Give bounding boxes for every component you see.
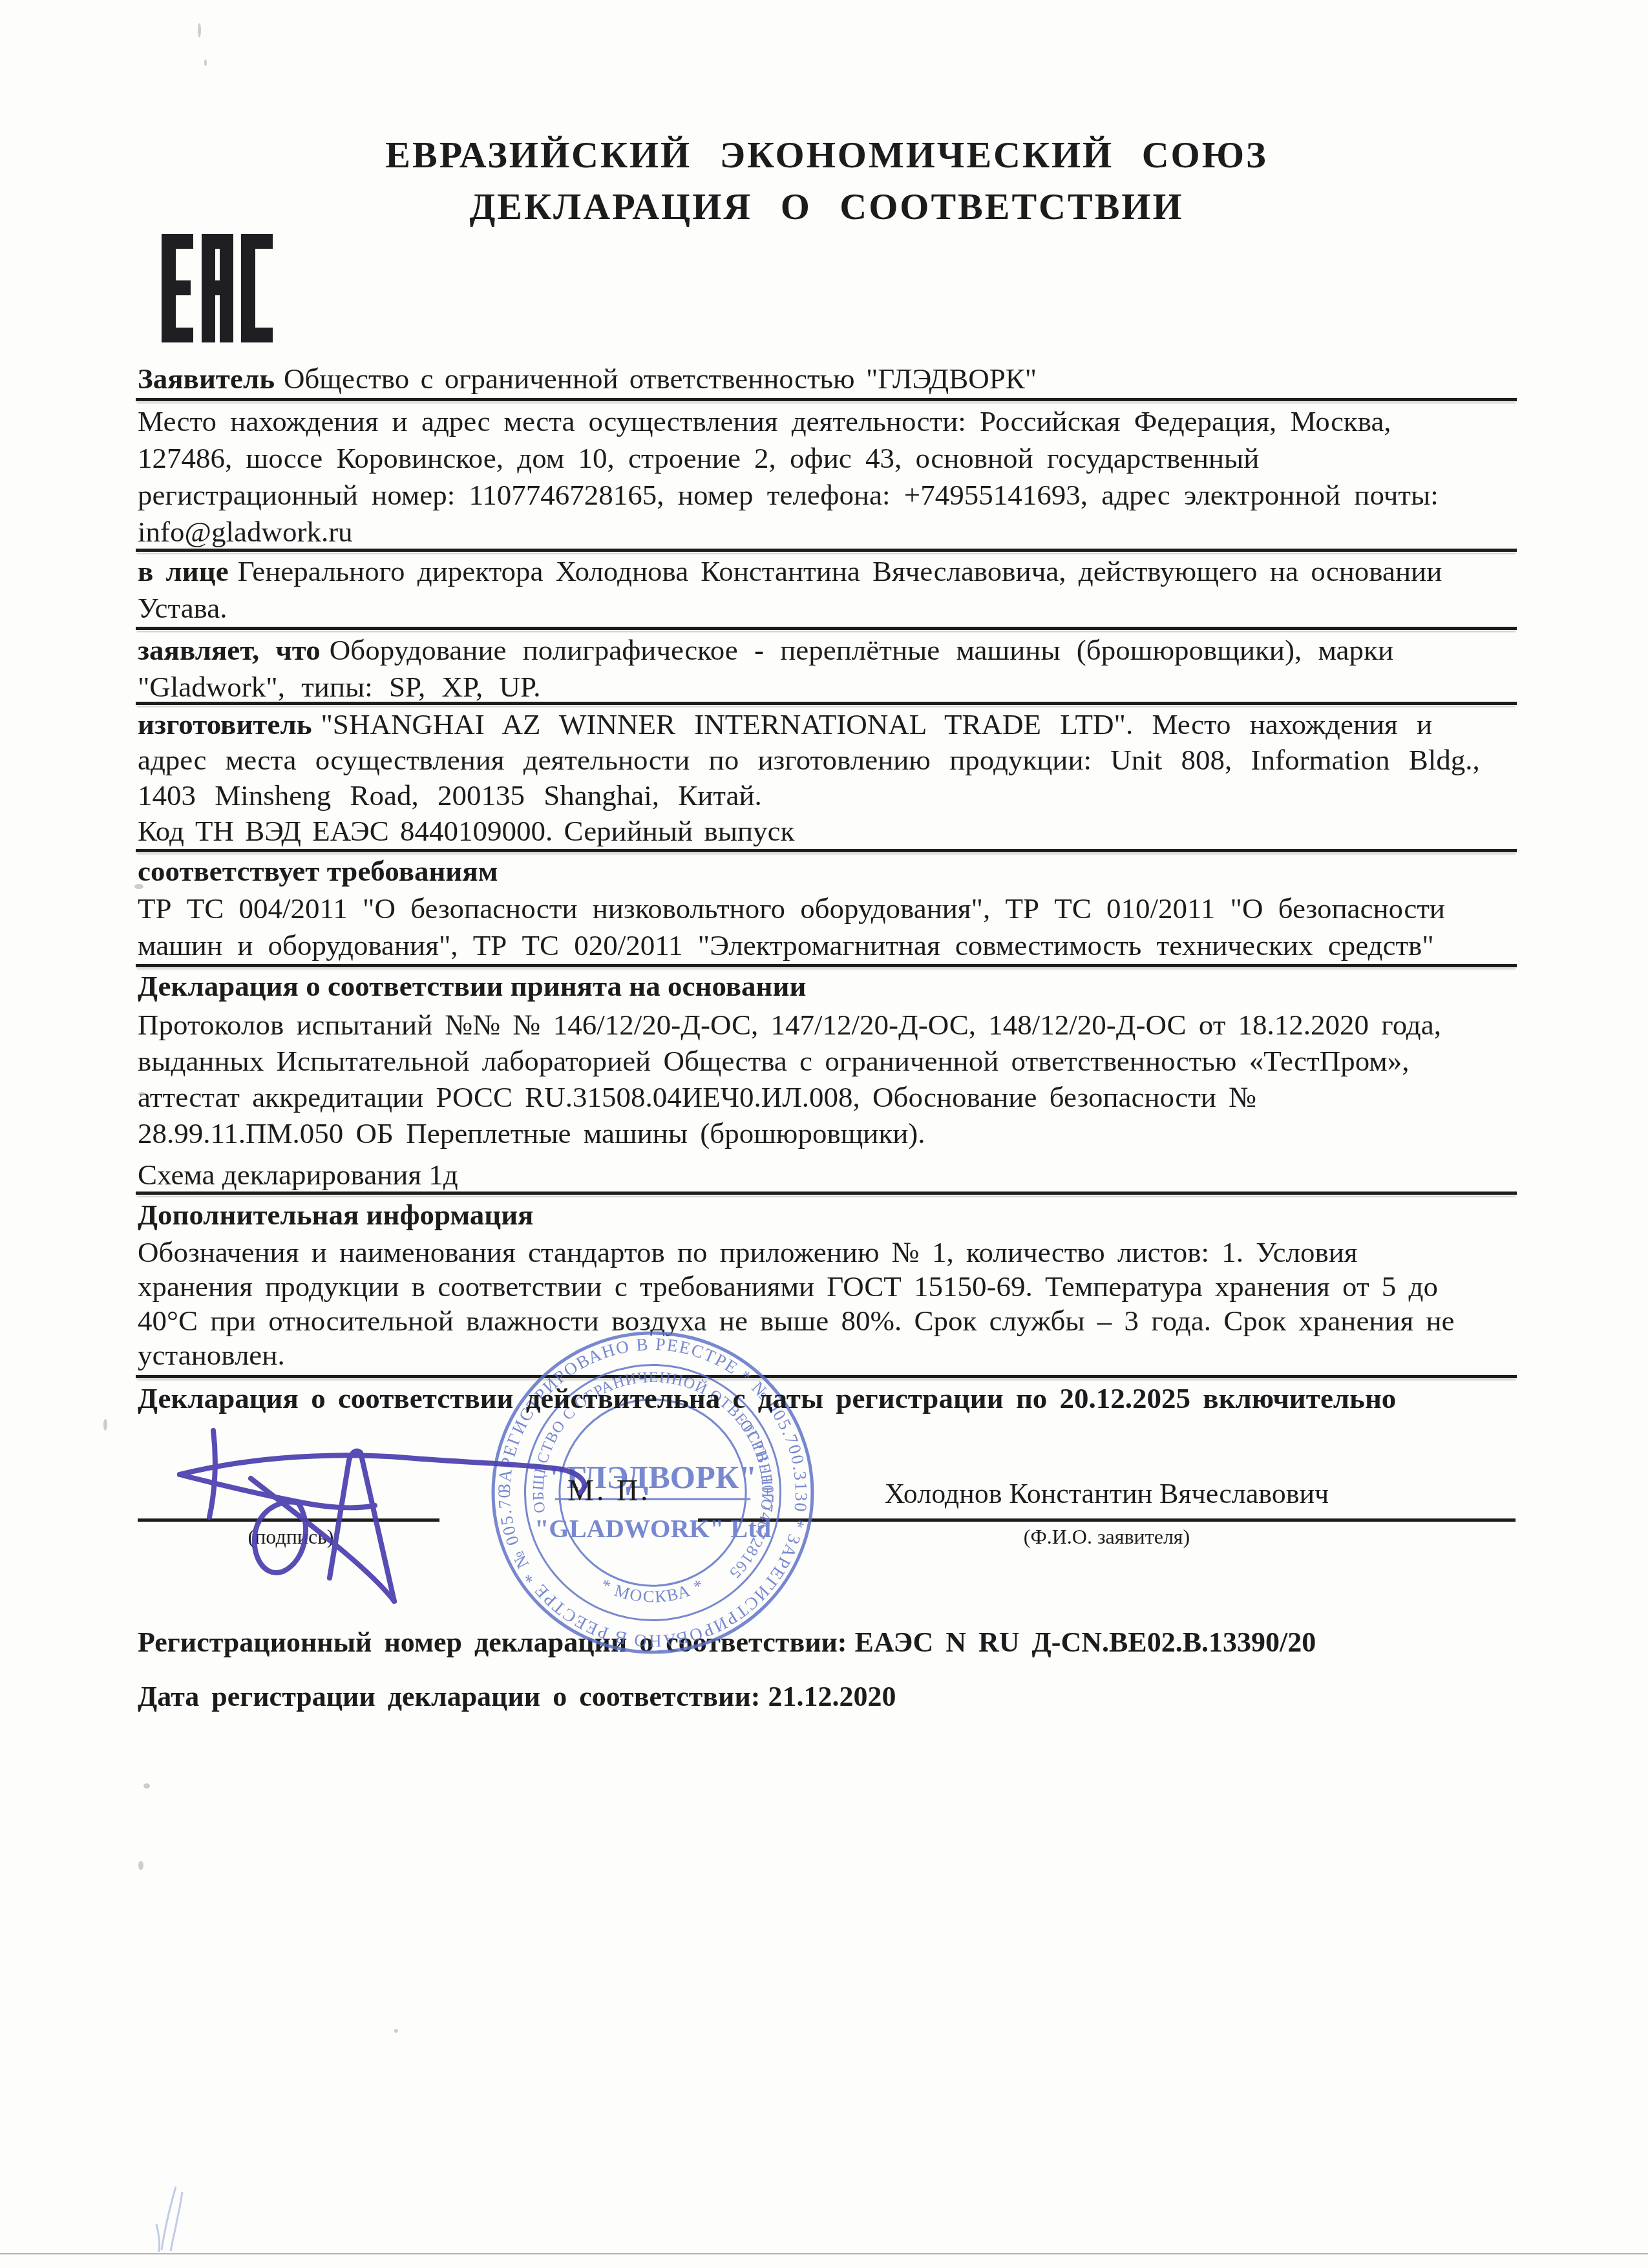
basis-line: Протоколов испытаний №№ № 146/12/20-Д-ОС…: [138, 1007, 1516, 1043]
section-divider: [136, 1375, 1517, 1378]
basis-line: выданных Испытательной лабораторией Обще…: [138, 1043, 1516, 1079]
basis-line: 28.99.11.ПМ.050 ОБ Переплетные машины (б…: [138, 1115, 1516, 1151]
basis-line: аттестат аккредитации РОСС RU.31508.04ИЕ…: [138, 1079, 1516, 1115]
manufacturer-line: "SHANGHAI AZ WINNER INTERNATIONAL TRADE …: [321, 708, 1432, 740]
location-block: Место нахождения и адрес места осуществл…: [138, 403, 1516, 551]
location-line: Место нахождения и адрес места осуществл…: [138, 403, 1516, 440]
additional-info-line: установлен.: [138, 1338, 1516, 1372]
scan-speck: [103, 1419, 107, 1431]
declares-line: "Gladwork", типы: SP, XP, UP.: [138, 669, 1516, 706]
manufacturer-label: изготовитель: [138, 708, 312, 740]
compliance-line: машин и оборудования", ТР ТС 020/2011 "Э…: [138, 927, 1516, 964]
scan-speck: [143, 1783, 150, 1789]
representative-block: в лицеГенерального директора Холоднова К…: [138, 553, 1516, 627]
compliance-line: ТР ТС 004/2011 "О безопасности низковоль…: [138, 890, 1516, 927]
location-line: 127486, шоссе Коровинское, дом 10, строе…: [138, 440, 1516, 477]
representative-line: Генерального директора Холоднова Констан…: [238, 555, 1442, 587]
ink-smudge: [137, 2185, 208, 2254]
declaration-subject-block: заявляет, чтоОборудование полиграфическо…: [138, 632, 1516, 706]
section-divider: [136, 849, 1517, 852]
tn-ved-line: Код ТН ВЭД ЕАЭС 8440109000. Серийный вып…: [138, 814, 1516, 849]
scan-speck: [204, 59, 207, 66]
additional-info-line: Обозначения и наименования стандартов по…: [138, 1235, 1516, 1270]
representative-label: в лице: [138, 555, 229, 587]
registration-number-value: ЕАЭС N RU Д-CN.ВЕ02.В.13390/20: [855, 1626, 1316, 1658]
compliance-block: ТР ТС 004/2011 "О безопасности низковоль…: [138, 890, 1516, 964]
section-divider: [136, 627, 1517, 630]
applicant-name: Холоднов Константин Вячеславович: [698, 1477, 1516, 1510]
applicant-label: Заявитель: [138, 362, 275, 395]
signature-icon: [160, 1412, 615, 1635]
registration-date-label: Дата регистрации декларации о соответств…: [138, 1681, 760, 1712]
declares-line: Оборудование полиграфическое - переплётн…: [330, 634, 1393, 666]
applicant-row: ЗаявительОбщество с ограниченной ответст…: [138, 361, 1516, 397]
declares-label: заявляет, что: [138, 634, 321, 666]
registration-date-value: 21.12.2020: [768, 1681, 896, 1712]
section-divider: [136, 549, 1517, 552]
name-line: [698, 1518, 1516, 1522]
section-divider: [136, 702, 1517, 705]
applicant-value: Общество с ограниченной ответственностью…: [284, 362, 1037, 395]
representative-line: Устава.: [138, 590, 1516, 627]
scan-speck: [394, 2029, 398, 2033]
location-line: info@gladwork.ru: [138, 514, 1516, 551]
additional-info-block: Обозначения и наименования стандартов по…: [138, 1235, 1516, 1372]
section-divider: [136, 398, 1517, 401]
scan-edge-line: [0, 2253, 1648, 2254]
manufacturer-line: адрес места осуществления деятельности п…: [138, 742, 1516, 778]
scan-speck: [138, 1092, 145, 1096]
location-line: регистрационный номер: 1107746728165, но…: [138, 477, 1516, 514]
declaration-scheme-line: Схема декларирования 1д: [138, 1157, 1516, 1193]
manufacturer-block: изготовитель"SHANGHAI AZ WINNER INTERNAT…: [138, 707, 1516, 849]
registration-date-row: Дата регистрации декларации о соответств…: [138, 1680, 896, 1713]
basis-heading: Декларация о соответствии принята на осн…: [138, 969, 1516, 1003]
name-caption: (Ф.И.О. заявителя): [698, 1525, 1516, 1549]
basis-block: Протоколов испытаний №№ № 146/12/20-Д-ОС…: [138, 1007, 1516, 1151]
document-title-line2: ДЕКЛАРАЦИЯ О СООТВЕТСТВИИ: [138, 185, 1516, 228]
additional-info-line: 40°С при относительной влажности воздуха…: [138, 1304, 1516, 1338]
document-title-line1: ЕВРАЗИЙСКИЙ ЭКОНОМИЧЕСКИЙ СОЮЗ: [138, 133, 1516, 176]
section-divider: [136, 1192, 1517, 1195]
declaration-document: ЕВРАЗИЙСКИЙ ЭКОНОМИЧЕСКИЙ СОЮЗ ДЕКЛАРАЦИ…: [0, 0, 1648, 2268]
section-divider: [136, 964, 1517, 967]
scan-speck: [138, 1861, 143, 1870]
scan-speck: [134, 884, 143, 889]
manufacturer-line: 1403 Minsheng Road, 200135 Shanghai, Кит…: [138, 778, 1516, 814]
additional-info-line: хранения продукции в соответствии с треб…: [138, 1270, 1516, 1304]
compliance-heading: соответствует требованиям: [138, 854, 1516, 888]
validity-line: Декларация о соответствии действительна …: [138, 1381, 1516, 1415]
scan-speck: [198, 23, 201, 37]
eac-mark-icon: [162, 234, 273, 342]
additional-info-heading: Дополнительная информация: [138, 1198, 1516, 1232]
